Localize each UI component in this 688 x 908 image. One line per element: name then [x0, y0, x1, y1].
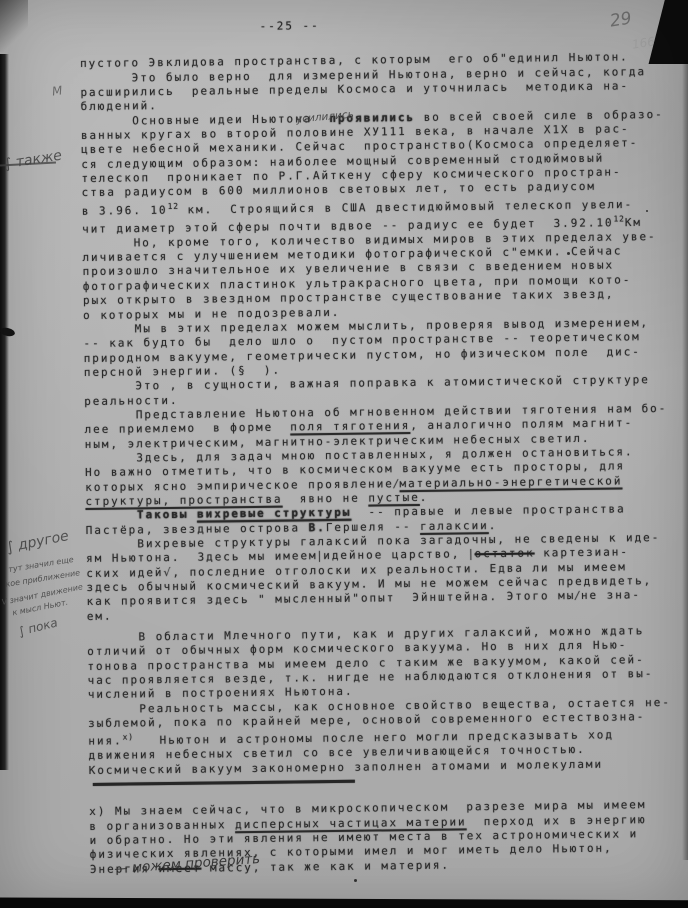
pencil-page-number-faint: 166	[631, 34, 656, 51]
pencil-note-drugoe: ∫ другое	[5, 528, 70, 556]
pencil-note-poka: ∫ пока	[17, 615, 59, 638]
photo-dark-band-bottom	[0, 893, 688, 908]
dust-speck	[354, 879, 357, 882]
footnote-separator	[93, 780, 355, 786]
photo-shade-right-edge	[682, 60, 688, 860]
pencil-margin-mark-m: М	[51, 83, 63, 98]
typed-page: --25 -- пустого Эвклидова пространства, …	[80, 15, 654, 877]
dust-speck	[646, 210, 648, 212]
pencil-margin-note-takzhe: ∫ также	[3, 148, 63, 173]
pencil-page-number: 29	[609, 8, 634, 31]
typed-body: пустого Эвклидова пространства, с которы…	[80, 51, 653, 779]
page-number: --25 --	[260, 15, 644, 34]
dust-speck	[567, 252, 570, 255]
photo-dark-corner-top-left	[0, 0, 28, 52]
scanned-page-photo: --25 -- пустого Эвклидова пространства, …	[0, 0, 688, 908]
